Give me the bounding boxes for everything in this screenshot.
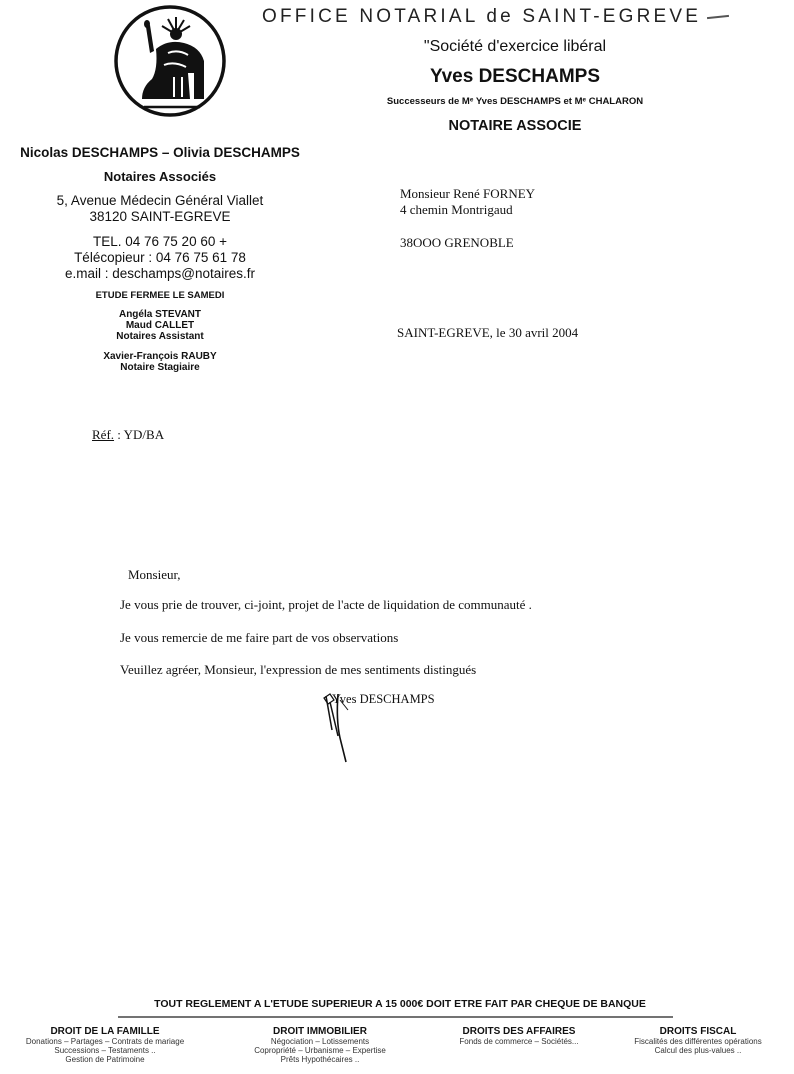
phone-number: TEL. 04 76 75 20 60 + [0, 234, 320, 250]
principal-notary: Yves DESCHAMPS [340, 66, 690, 88]
letter-greeting: Monsieur, [128, 567, 181, 583]
assistants-block: Angéla STEVANT Maud CALLET Notaires Assi… [0, 309, 320, 342]
payment-notice: TOUT REGLEMENT A L'ETUDE SUPERIEUR A 15 … [100, 998, 700, 1010]
footer-column-family-law: DROIT DE LA FAMILLE Donations – Partages… [0, 1027, 210, 1064]
footer-column-heading: DROITS DES AFFAIRES [432, 1027, 606, 1036]
partner-names: Nicolas DESCHAMPS – Olivia DESCHAMPS [0, 145, 320, 160]
recipient-address: Monsieur René FORNEY 4 chemin Montrigaud [400, 186, 535, 218]
footer-column-business-law: DROITS DES AFFAIRES Fonds de commerce – … [432, 1027, 606, 1046]
reference: Réf. : YD/BA [92, 427, 164, 443]
footer-column-line: Prêts Hypothécaires .. [228, 1055, 412, 1064]
staff-name: Angéla STEVANT [0, 309, 320, 320]
footer-column-line: Copropriété – Urbanisme – Expertise [228, 1046, 412, 1055]
footer-column-tax-law: DROITS FISCAL Fiscalités des différentes… [602, 1027, 794, 1055]
office-contact: TEL. 04 76 75 20 60 + Télécopieur : 04 7… [0, 234, 320, 282]
footer-column-line: Fiscalités des différentes opérations [602, 1037, 794, 1046]
date-line: SAINT-EGREVE, le 30 avril 2004 [397, 325, 578, 341]
office-address: 5, Avenue Médecin Général Viallet 38120 … [0, 193, 320, 225]
footer-column-line: Fonds de commerce – Sociétés... [432, 1037, 606, 1046]
trainee-block: Xavier-François RAUBY Notaire Stagiaire [0, 351, 320, 373]
staff-name: Xavier-François RAUBY [0, 351, 320, 362]
footer-column-line: Calcul des plus-values .. [602, 1046, 794, 1055]
signature-block: Yves DESCHAMPS [318, 690, 498, 770]
closed-notice: ETUDE FERMEE LE SAMEDI [0, 290, 320, 301]
staff-role: Notaire Stagiaire [0, 362, 320, 373]
signature-name: Yves DESCHAMPS [332, 692, 435, 707]
recipient-street: 4 chemin Montrigaud [400, 202, 535, 218]
pen-stroke-mark [707, 15, 729, 19]
recipient-city: 38OOO GRENOBLE [400, 235, 514, 251]
footer-column-line: Gestion de Patrimoine [0, 1055, 210, 1064]
footer-column-heading: DROIT IMMOBILIER [228, 1027, 412, 1036]
staff-name: Maud CALLET [0, 320, 320, 331]
address-line: 5, Avenue Médecin Général Viallet [0, 193, 320, 209]
office-title-text: OFFICE NOTARIAL de SAINT-EGREVE [262, 6, 701, 27]
footer-divider [118, 1016, 673, 1018]
letter-paragraph: Je vous prie de trouver, ci-joint, proje… [120, 597, 532, 613]
footer-column-line: Donations – Partages – Contrats de maria… [0, 1037, 210, 1046]
address-line: 38120 SAINT-EGREVE [0, 209, 320, 225]
footer-column-line: Successions – Testaments .. [0, 1046, 210, 1055]
footer-column-heading: DROITS FISCAL [602, 1027, 794, 1036]
staff-role: Notaires Assistant [0, 331, 320, 342]
footer-column-heading: DROIT DE LA FAMILLE [0, 1027, 210, 1036]
letter-paragraph: Je vous remercie de me faire part de vos… [120, 630, 398, 646]
notary-title: NOTAIRE ASSOCIE [340, 118, 690, 134]
email-address: e.mail : deschamps@notaires.fr [0, 266, 320, 282]
recipient-name: Monsieur René FORNEY [400, 186, 535, 202]
office-info-column: Nicolas DESCHAMPS – Olivia DESCHAMPS Not… [0, 145, 320, 373]
footer-column-line: Négociation – Lotissements [228, 1037, 412, 1046]
partners-title: Notaires Associés [0, 169, 320, 184]
office-title: OFFICE NOTARIAL de SAINT-EGREVE [262, 6, 794, 28]
company-type: "Société d'exercice libéral [340, 38, 690, 56]
statue-of-liberty-logo [108, 3, 232, 119]
footer-column-real-estate: DROIT IMMOBILIER Négociation – Lotisseme… [228, 1027, 412, 1064]
reference-value: : YD/BA [114, 427, 164, 442]
fax-number: Télécopieur : 04 76 75 61 78 [0, 250, 320, 266]
letter-paragraph: Veuillez agréer, Monsieur, l'expression … [120, 662, 476, 678]
successors-line: Successeurs de Mᵉ Yves DESCHAMPS et Mᵉ C… [330, 96, 700, 107]
reference-label: Réf. [92, 427, 114, 442]
logo-emblem-icon [108, 3, 232, 119]
